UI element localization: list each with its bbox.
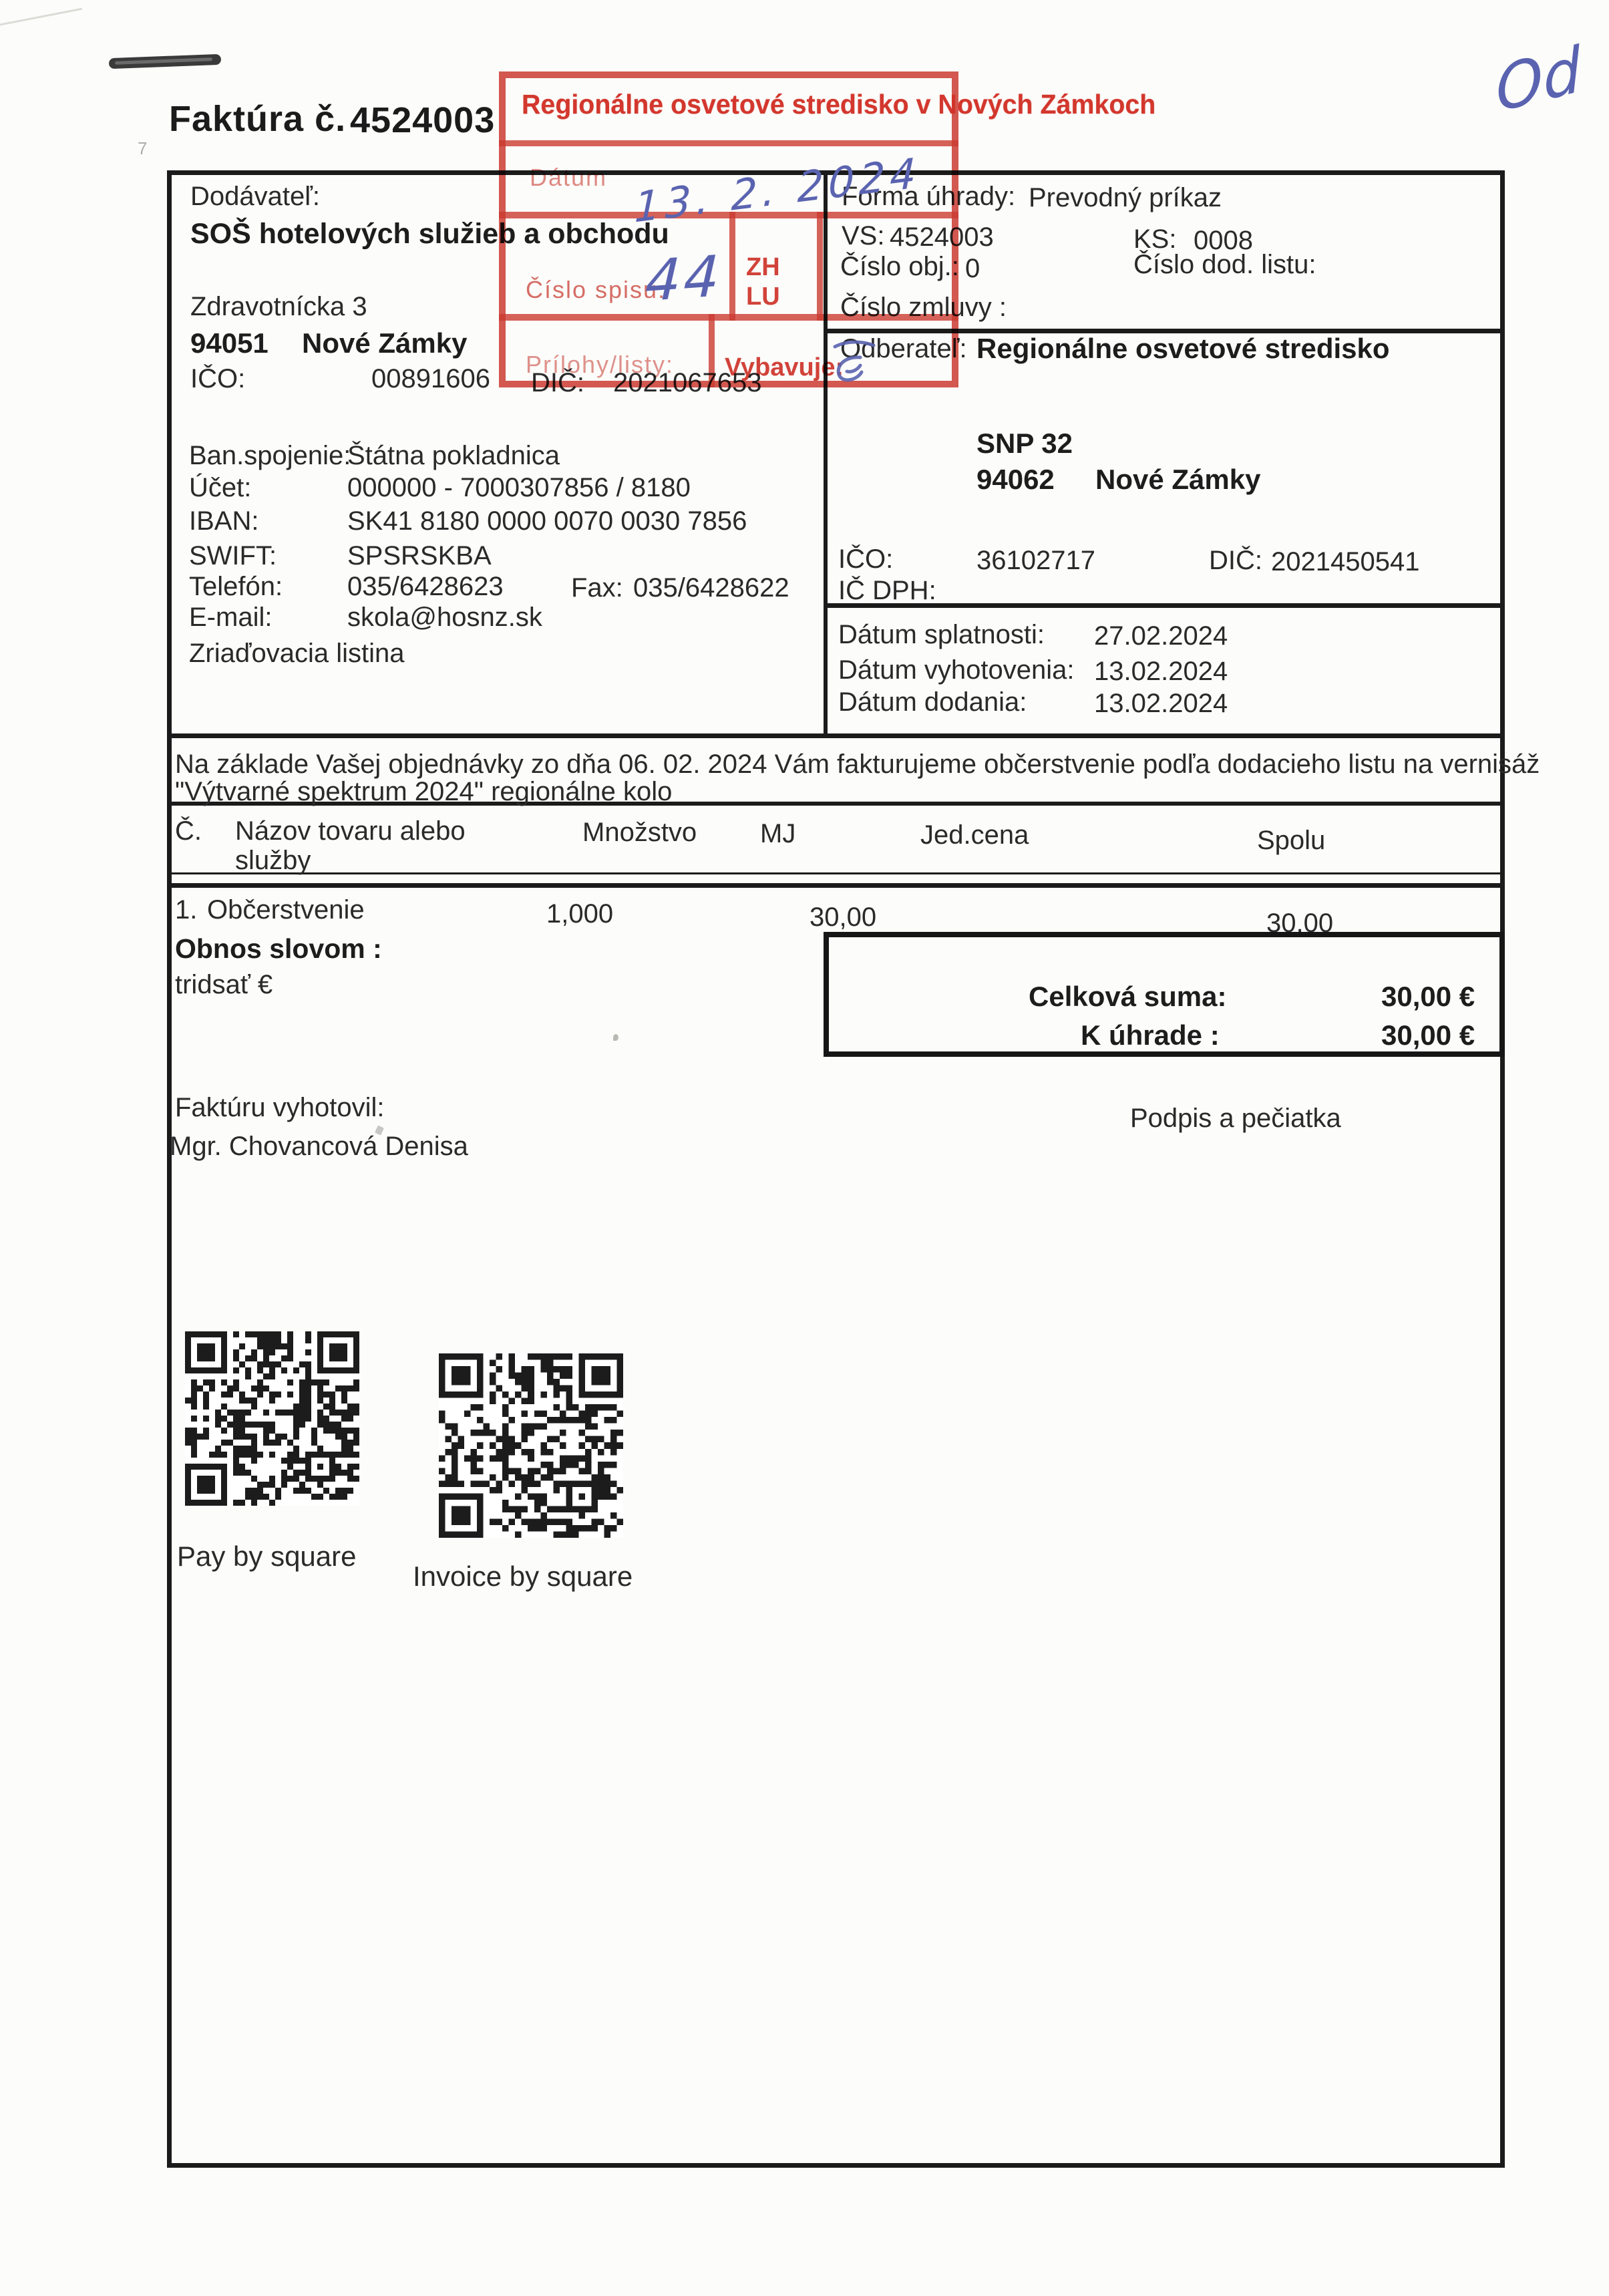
pay-by-square-qr-code [185,1331,359,1506]
intro-line-1: Na základe Vašej objednávky zo dňa 06. 0… [175,750,1540,780]
speck-artifact: 7 [138,139,147,158]
iban-label: IBAN: [189,506,258,536]
stamp-line-above-bottom-row [499,314,958,321]
supplier-section-label: Dodávateľ: [190,182,320,212]
phone-label: Telefón: [189,572,283,602]
customer-dic-label: DIČ: [1209,546,1262,576]
table-header-bottom-thick-line [167,883,1505,888]
stamp-line-under-title [499,140,958,146]
invoice-title-label: Faktúra č. [169,99,346,139]
delivery-note-label: Číslo dod. listu: [1133,250,1316,280]
customer-ico-value: 36102717 [976,546,1095,576]
stamp-lu-text: LU [746,283,780,311]
fax-label: Fax: [571,573,623,603]
col-header-qty: Množstvo [582,818,697,848]
account-label: Účet: [189,473,251,503]
row-qty: 1,000 [546,899,613,929]
rubber-stamp: Regionálne osvetové stredisko v Nových Z… [499,71,958,387]
supplier-ico-value: 00891606 [371,364,490,394]
row-unit-price: 30,00 [810,903,876,933]
col-header-total: Spolu [1257,826,1325,856]
invoice-by-square-qr-code [439,1353,623,1538]
account-value: 000000 - 7000307856 / 8180 [347,473,691,503]
scanned-invoice-page: 7 Faktúra č. 4524003 Dodávateľ: SOŠ hote… [0,0,1609,2296]
swift-label: SWIFT: [189,541,277,571]
total-sum-label: Celková suma: [1029,981,1226,1012]
col-header-name-line1: Názov tovaru alebo [235,816,466,846]
handwritten-check-scribble [830,337,878,389]
customer-icdph-label: IČ DPH: [838,576,936,606]
delivery-date-value: 13.02.2024 [1094,689,1228,719]
amount-due-value: 30,00 € [1381,1019,1475,1051]
bank-row-label: Ban.spojenie: [189,441,351,471]
supplier-zip: 94051 [190,327,269,359]
total-sum-value: 30,00 € [1381,981,1475,1012]
supplier-street: Zdravotnícka 3 [190,292,367,322]
delivery-date-label: Dátum dodania: [838,687,1027,717]
intro-section-top-line [167,733,1505,738]
col-header-name-line2: služby [235,846,311,876]
supplier-ico-label: IČO: [190,364,245,394]
col-header-unit-price: Jed.cena [920,820,1029,850]
customer-ico-label: IČO: [838,544,893,575]
amount-due-label: K úhrade : [1081,1019,1220,1051]
fax-value: 035/6428622 [633,573,789,603]
stamp-attachments-label: Prílohy/listy: [526,351,674,379]
issued-by-label: Faktúru vyhotovil: [175,1093,384,1123]
email-value: skola@hosnz.sk [347,603,542,633]
handwritten-corner-note: Od [1493,33,1584,126]
stamp-zh-cell-left-line [729,212,735,321]
customer-zip: 94062 [976,464,1055,495]
order-no-value: 0 [965,254,980,284]
invoice-qr-label: Invoice by square [413,1561,633,1592]
supplier-city: Nové Zámky [302,327,467,359]
stamp-zh-cell-right-line [817,212,823,321]
stamp-handled-by-label: Vybavuje: [725,353,844,382]
pay-qr-label: Pay by square [177,1540,357,1572]
handwritten-file-number: 44 [644,243,723,314]
intro-line-2: "Výtvarné spektrum 2024" regionálne kolo [175,777,672,807]
email-label: E-mail: [189,603,272,633]
issue-date-value: 13.02.2024 [1094,657,1228,687]
phone-value: 035/6428623 [347,572,504,602]
customer-street: SNP 32 [976,428,1073,459]
swift-value: SPSRSKBA [347,541,492,571]
customer-city: Nové Zámky [1095,464,1260,495]
payment-form-value: Prevodný príkaz [1029,183,1222,213]
issue-date-label: Dátum vyhotovenia: [838,655,1075,685]
stamp-bottom-cell-divider [709,314,715,387]
amount-words-label: Obnos slovom : [175,934,382,965]
founding-doc-label: Zriaďovacia listina [189,639,404,669]
due-date-value: 27.02.2024 [1094,621,1228,651]
stamp-zh-text: ZH [746,253,780,282]
scan-hairline-artifact [0,8,82,27]
iban-value: SK41 8180 0000 0070 0030 7856 [347,506,747,536]
due-date-label: Dátum splatnosti: [838,620,1045,650]
invoice-number: 4524003 [350,100,495,140]
amount-words-value: tridsať € [175,970,273,1000]
stamp-date-label: Dátum [530,164,607,192]
row-no: 1. [175,895,197,925]
signature-stamp-label: Podpis a pečiatka [1130,1104,1341,1134]
table-header-bottom-thin-line [167,872,1505,874]
row-name: Občerstvenie [207,895,365,925]
col-header-no: Č. [175,816,202,846]
bank-row-value: Štátna pokladnica [347,441,560,471]
customer-name: Regionálne osvetové stredisko [976,333,1390,364]
issued-by-name: Mgr. Chovancová Denisa [170,1132,468,1162]
col-header-mj: MJ [760,819,795,849]
stamp-organization-name: Regionálne osvetové stredisko v Nových Z… [522,89,926,120]
customer-dic-value: 2021450541 [1271,547,1419,577]
